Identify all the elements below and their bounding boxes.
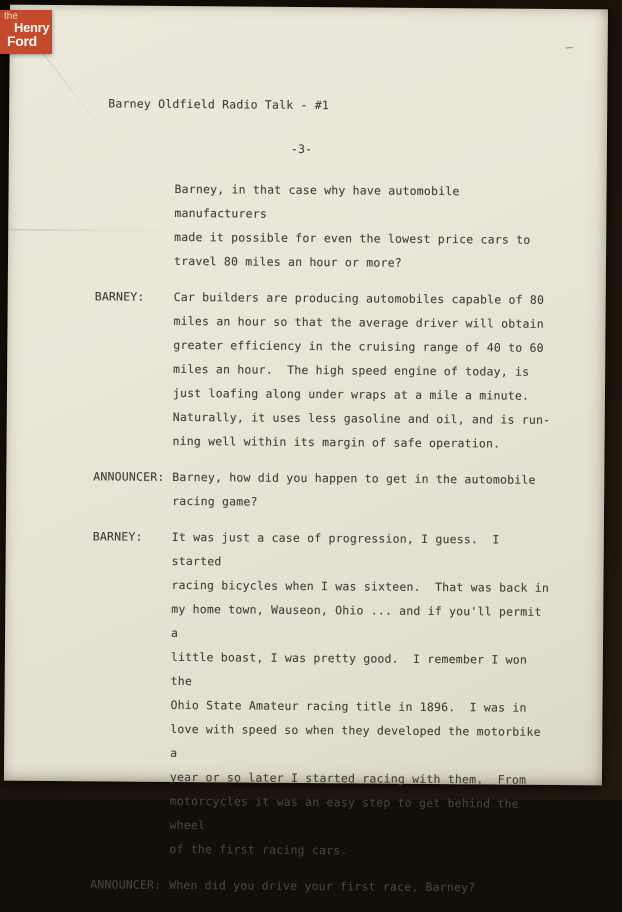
- pencil-dash-mark: —: [565, 40, 573, 54]
- dialogue-text: Barney, in that case why have automobile…: [174, 177, 607, 276]
- document-page: — Barney Oldfield Radio Talk - #1 -3- Ba…: [4, 5, 608, 786]
- dialogue-transcript: Barney, in that case why have automobile…: [3, 176, 607, 800]
- dialogue-text: Car builders are producing automobiles c…: [172, 285, 605, 456]
- logo-text-ford: Ford: [7, 33, 37, 49]
- speaker-label: BARNEY:: [3, 524, 172, 800]
- dialogue-entry: BARNEY: Car builders are producing autom…: [6, 284, 605, 457]
- document-title: Barney Oldfield Radio Talk - #1: [108, 95, 329, 113]
- speaker-label: [8, 176, 175, 273]
- dialogue-text: Barney, how did you happen to get in the…: [172, 465, 604, 516]
- dialogue-entry: ANNOUNCER: Barney, how did you happen to…: [6, 464, 604, 517]
- speaker-label: BARNEY:: [6, 284, 173, 453]
- dialogue-entry: Barney, in that case why have automobile…: [8, 176, 607, 277]
- scan-background: — Barney Oldfield Radio Talk - #1 -3- Ba…: [0, 0, 622, 800]
- henry-ford-logo: the Henry Ford: [0, 10, 52, 54]
- speaker-label: ANNOUNCER:: [6, 464, 172, 513]
- page-number: -3-: [291, 141, 313, 157]
- dialogue-entry: BARNEY: It was just a case of progressio…: [3, 524, 604, 800]
- dialogue-text: It was just a case of progression, I gue…: [169, 525, 604, 800]
